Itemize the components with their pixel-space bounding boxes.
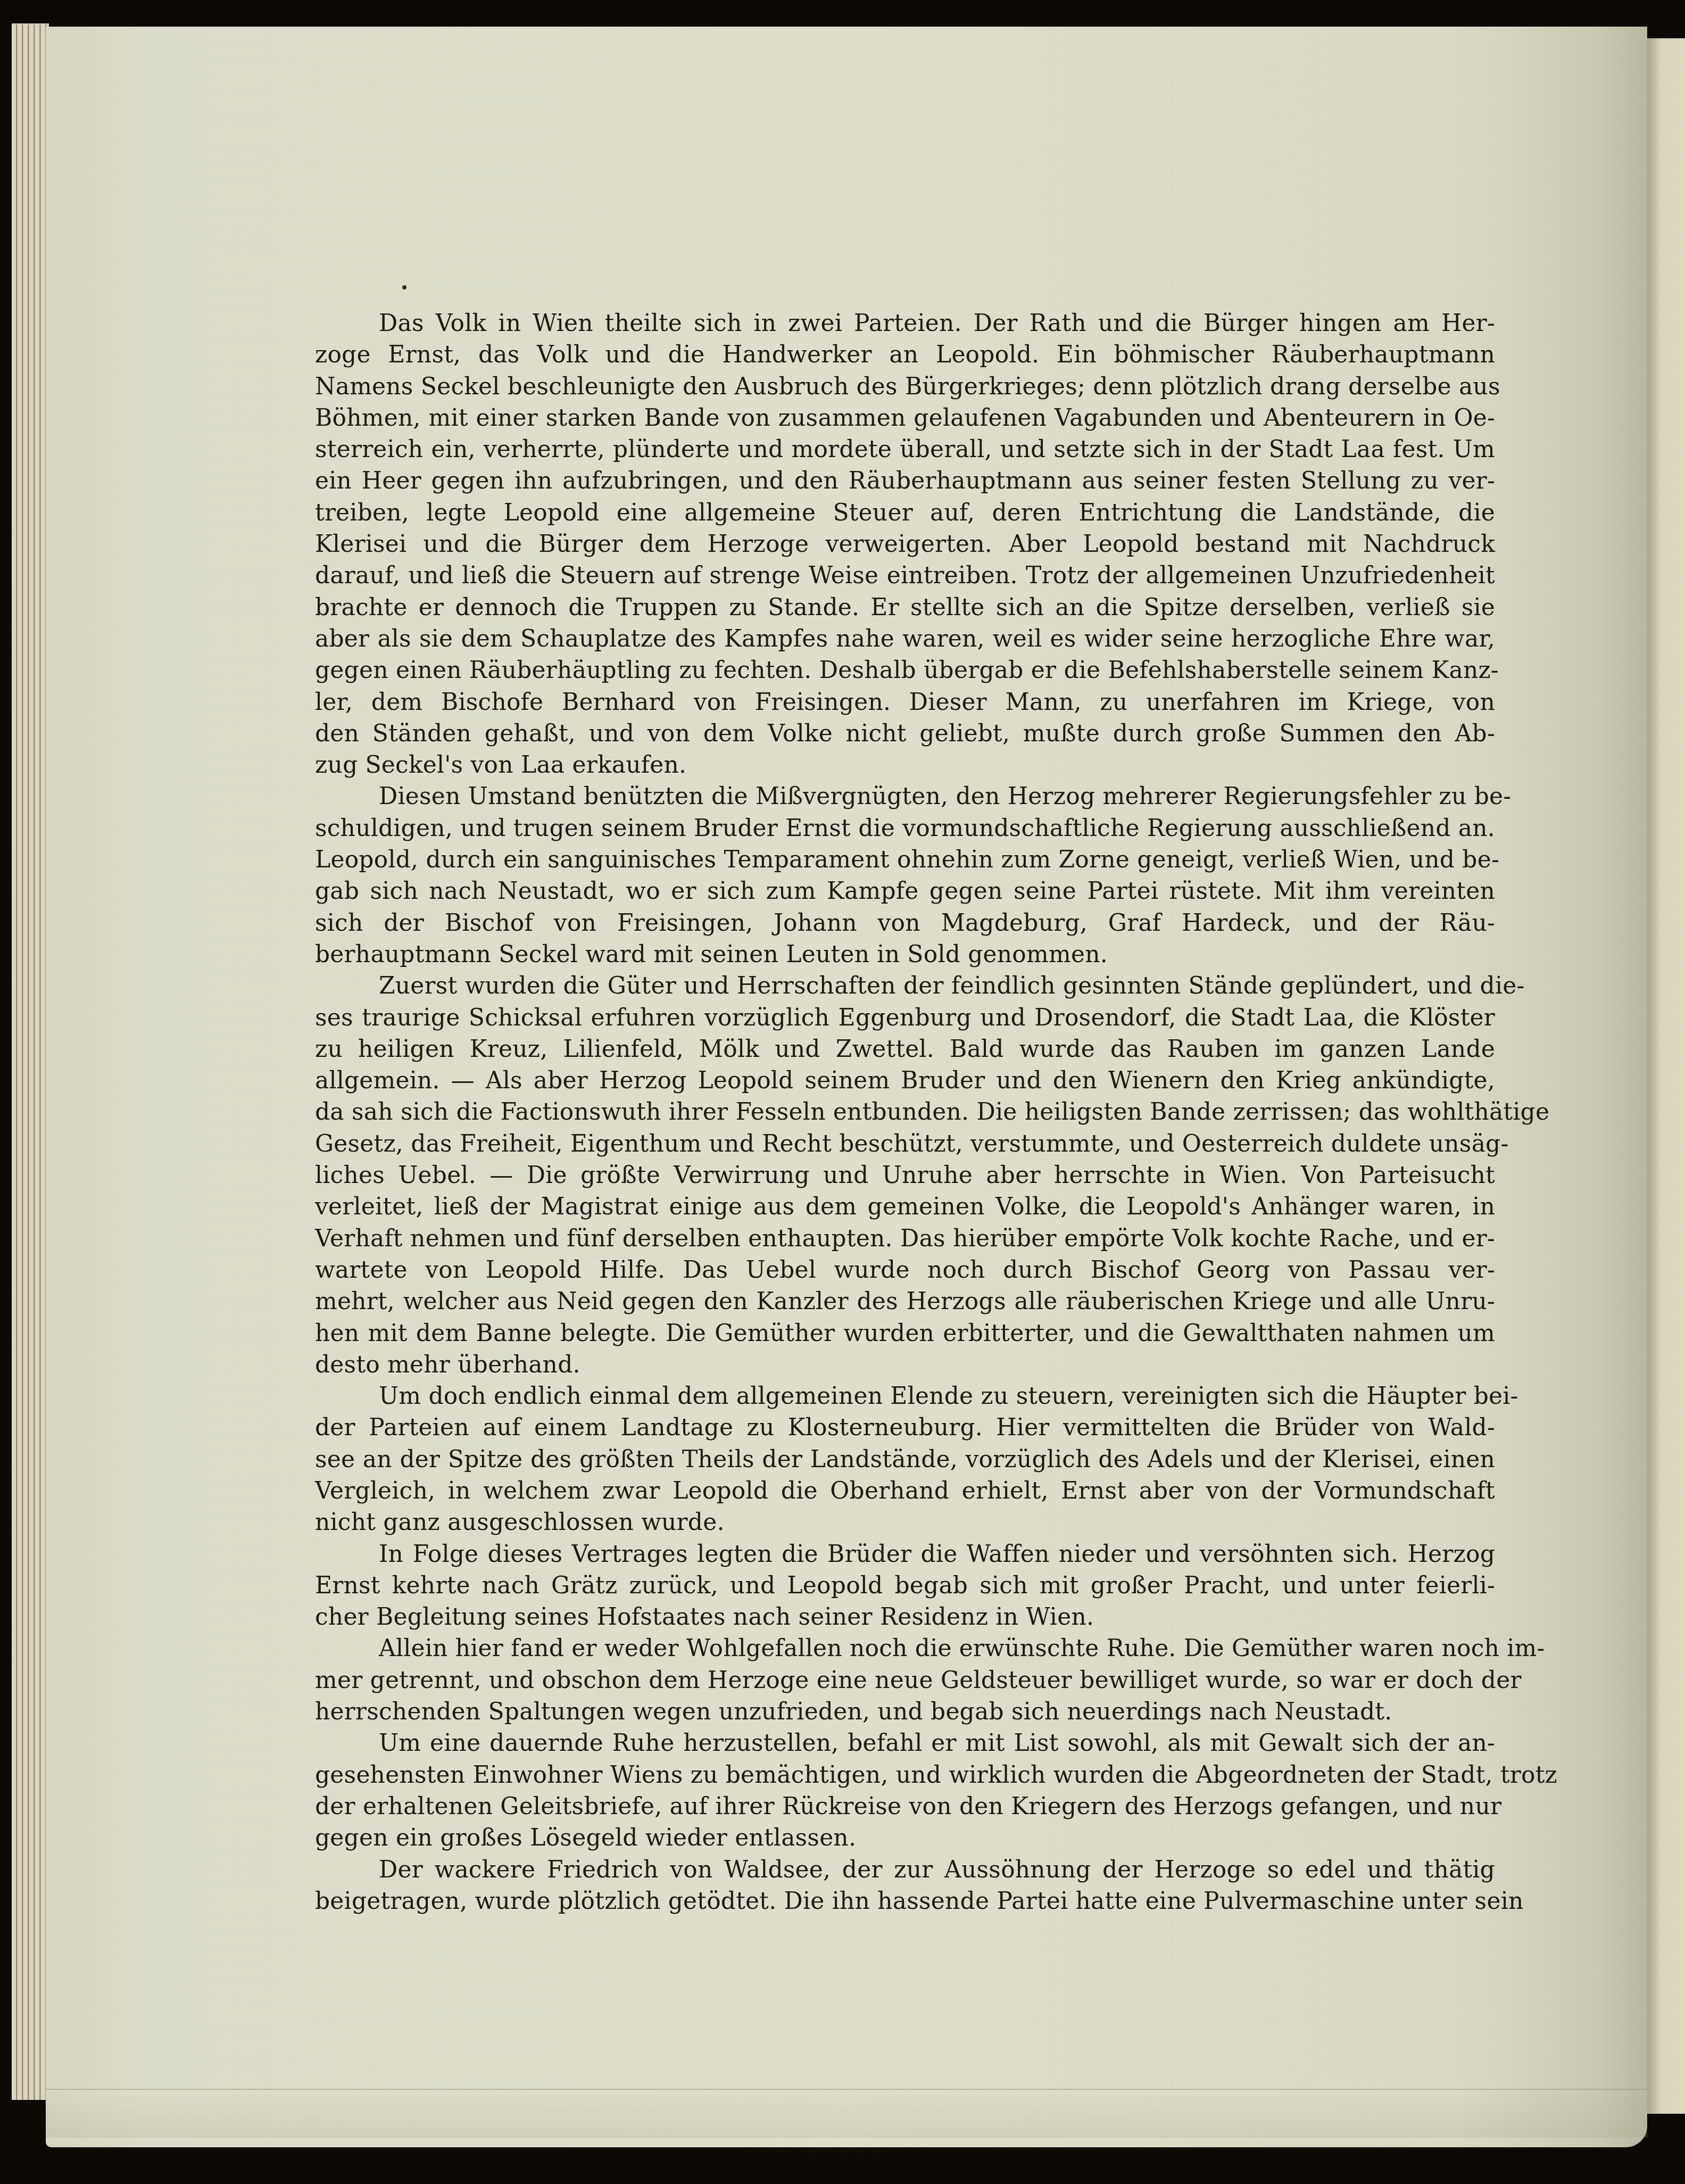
text-line: Um doch endlich einmal dem allgemeinen E…: [315, 1380, 1495, 1412]
text-line: Um eine dauernde Ruhe herzustellen, befa…: [315, 1727, 1495, 1759]
text-line: liches Uebel. — Die größte Verwirrung un…: [315, 1160, 1495, 1191]
text-line: treiben, legte Leopold eine allgemeine S…: [315, 497, 1495, 528]
text-line: darauf, und ließ die Steuern auf strenge…: [315, 560, 1495, 591]
stacked-page-edges: [12, 23, 49, 2100]
text-line: desto mehr überhand.: [315, 1349, 1495, 1380]
text-line: nicht ganz ausgeschlossen wurde.: [315, 1507, 1495, 1538]
text-line: gesehensten Einwohner Wiens zu bemächtig…: [315, 1759, 1495, 1791]
text-line: gegen ein großes Lösegeld wieder entlass…: [315, 1822, 1495, 1854]
text-line: verleitet, ließ der Magistrat einige aus…: [315, 1191, 1495, 1222]
text-line: beigetragen, wurde plötzlich getödtet. D…: [315, 1885, 1495, 1917]
text-line: aber als sie dem Schauplatze des Kampfes…: [315, 623, 1495, 655]
text-line: gegen einen Räuberhäuptling zu fechten. …: [315, 655, 1495, 686]
page-body-text: Das Volk in Wien theilte sich in zwei Pa…: [315, 308, 1495, 1917]
text-line: Klerisei und die Bürger dem Herzoge verw…: [315, 528, 1495, 560]
text-line: der erhaltenen Geleitsbriefe, auf ihrer …: [315, 1791, 1495, 1822]
text-line: allgemein. — Als aber Herzog Leopold sei…: [315, 1065, 1495, 1096]
text-line: Zuerst wurden die Güter und Herrschaften…: [315, 970, 1495, 1002]
text-line: herrschenden Spaltungen wegen unzufriede…: [315, 1696, 1495, 1727]
text-line: zu heiligen Kreuz, Lilienfeld, Mölk und …: [315, 1033, 1495, 1065]
text-line: ein Heer gegen ihn aufzubringen, und den…: [315, 465, 1495, 497]
text-line: Leopold, durch ein sanguinisches Tempara…: [315, 844, 1495, 875]
text-line: Gesetz, das Freiheit, Eigenthum und Rech…: [315, 1128, 1495, 1160]
text-line: Vergleich, in welchem zwar Leopold die O…: [315, 1475, 1495, 1507]
text-line: Der wackere Friedrich von Waldsee, der z…: [315, 1854, 1495, 1885]
text-line: cher Begleitung seines Hofstaates nach s…: [315, 1601, 1495, 1633]
text-line: mehrt, welcher aus Neid gegen den Kanzle…: [315, 1286, 1495, 1317]
text-line: see an der Spitze des größten Theils der…: [315, 1444, 1495, 1475]
text-line: Diesen Umstand benützten die Mißvergnügt…: [315, 781, 1495, 812]
text-line: schuldigen, und trugen seinem Bruder Ern…: [315, 813, 1495, 844]
text-line: Allein hier fand er weder Wohlgefallen n…: [315, 1633, 1495, 1664]
text-line: hen mit dem Banne belegte. Die Gemüther …: [315, 1318, 1495, 1349]
text-line: mer getrennt, und obschon dem Herzoge ei…: [315, 1665, 1495, 1696]
text-line: In Folge dieses Vertrages legten die Brü…: [315, 1538, 1495, 1570]
text-line: sich der Bischof von Freisingen, Johann …: [315, 907, 1495, 939]
text-line: wartete von Leopold Hilfe. Das Uebel wur…: [315, 1254, 1495, 1286]
text-line: ses traurige Schicksal erfuhren vorzügli…: [315, 1002, 1495, 1033]
text-line: zug Seckel's von Laa erkaufen.: [315, 749, 1495, 781]
text-line: ler, dem Bischofe Bernhard von Freisinge…: [315, 686, 1495, 718]
text-line: Böhmen, mit einer starken Bande von zusa…: [315, 402, 1495, 434]
text-line: gab sich nach Neustadt, wo er sich zum K…: [315, 875, 1495, 907]
text-line: Das Volk in Wien theilte sich in zwei Pa…: [315, 308, 1495, 339]
text-line: berhauptmann Seckel ward mit seinen Leut…: [315, 939, 1495, 970]
text-line: Namens Seckel beschleunigte den Ausbruch…: [315, 371, 1495, 402]
text-line: brachte er dennoch die Truppen zu Stande…: [315, 592, 1495, 623]
text-line: der Parteien auf einem Landtage zu Klost…: [315, 1412, 1495, 1443]
text-line: da sah sich die Factionswuth ihrer Fesse…: [315, 1096, 1495, 1128]
adjacent-page-edge: [1647, 38, 1685, 2114]
text-line: Ernst kehrte nach Grätz zurück, und Leop…: [315, 1570, 1495, 1601]
text-line: Verhaft nehmen und fünf derselben enthau…: [315, 1223, 1495, 1254]
ink-speck: [402, 285, 406, 289]
text-line: sterreich ein, verherrte, plünderte und …: [315, 434, 1495, 465]
text-line: den Ständen gehaßt, und von dem Volke ni…: [315, 718, 1495, 749]
text-line: zoge Ernst, das Volk und die Handwerker …: [315, 339, 1495, 370]
